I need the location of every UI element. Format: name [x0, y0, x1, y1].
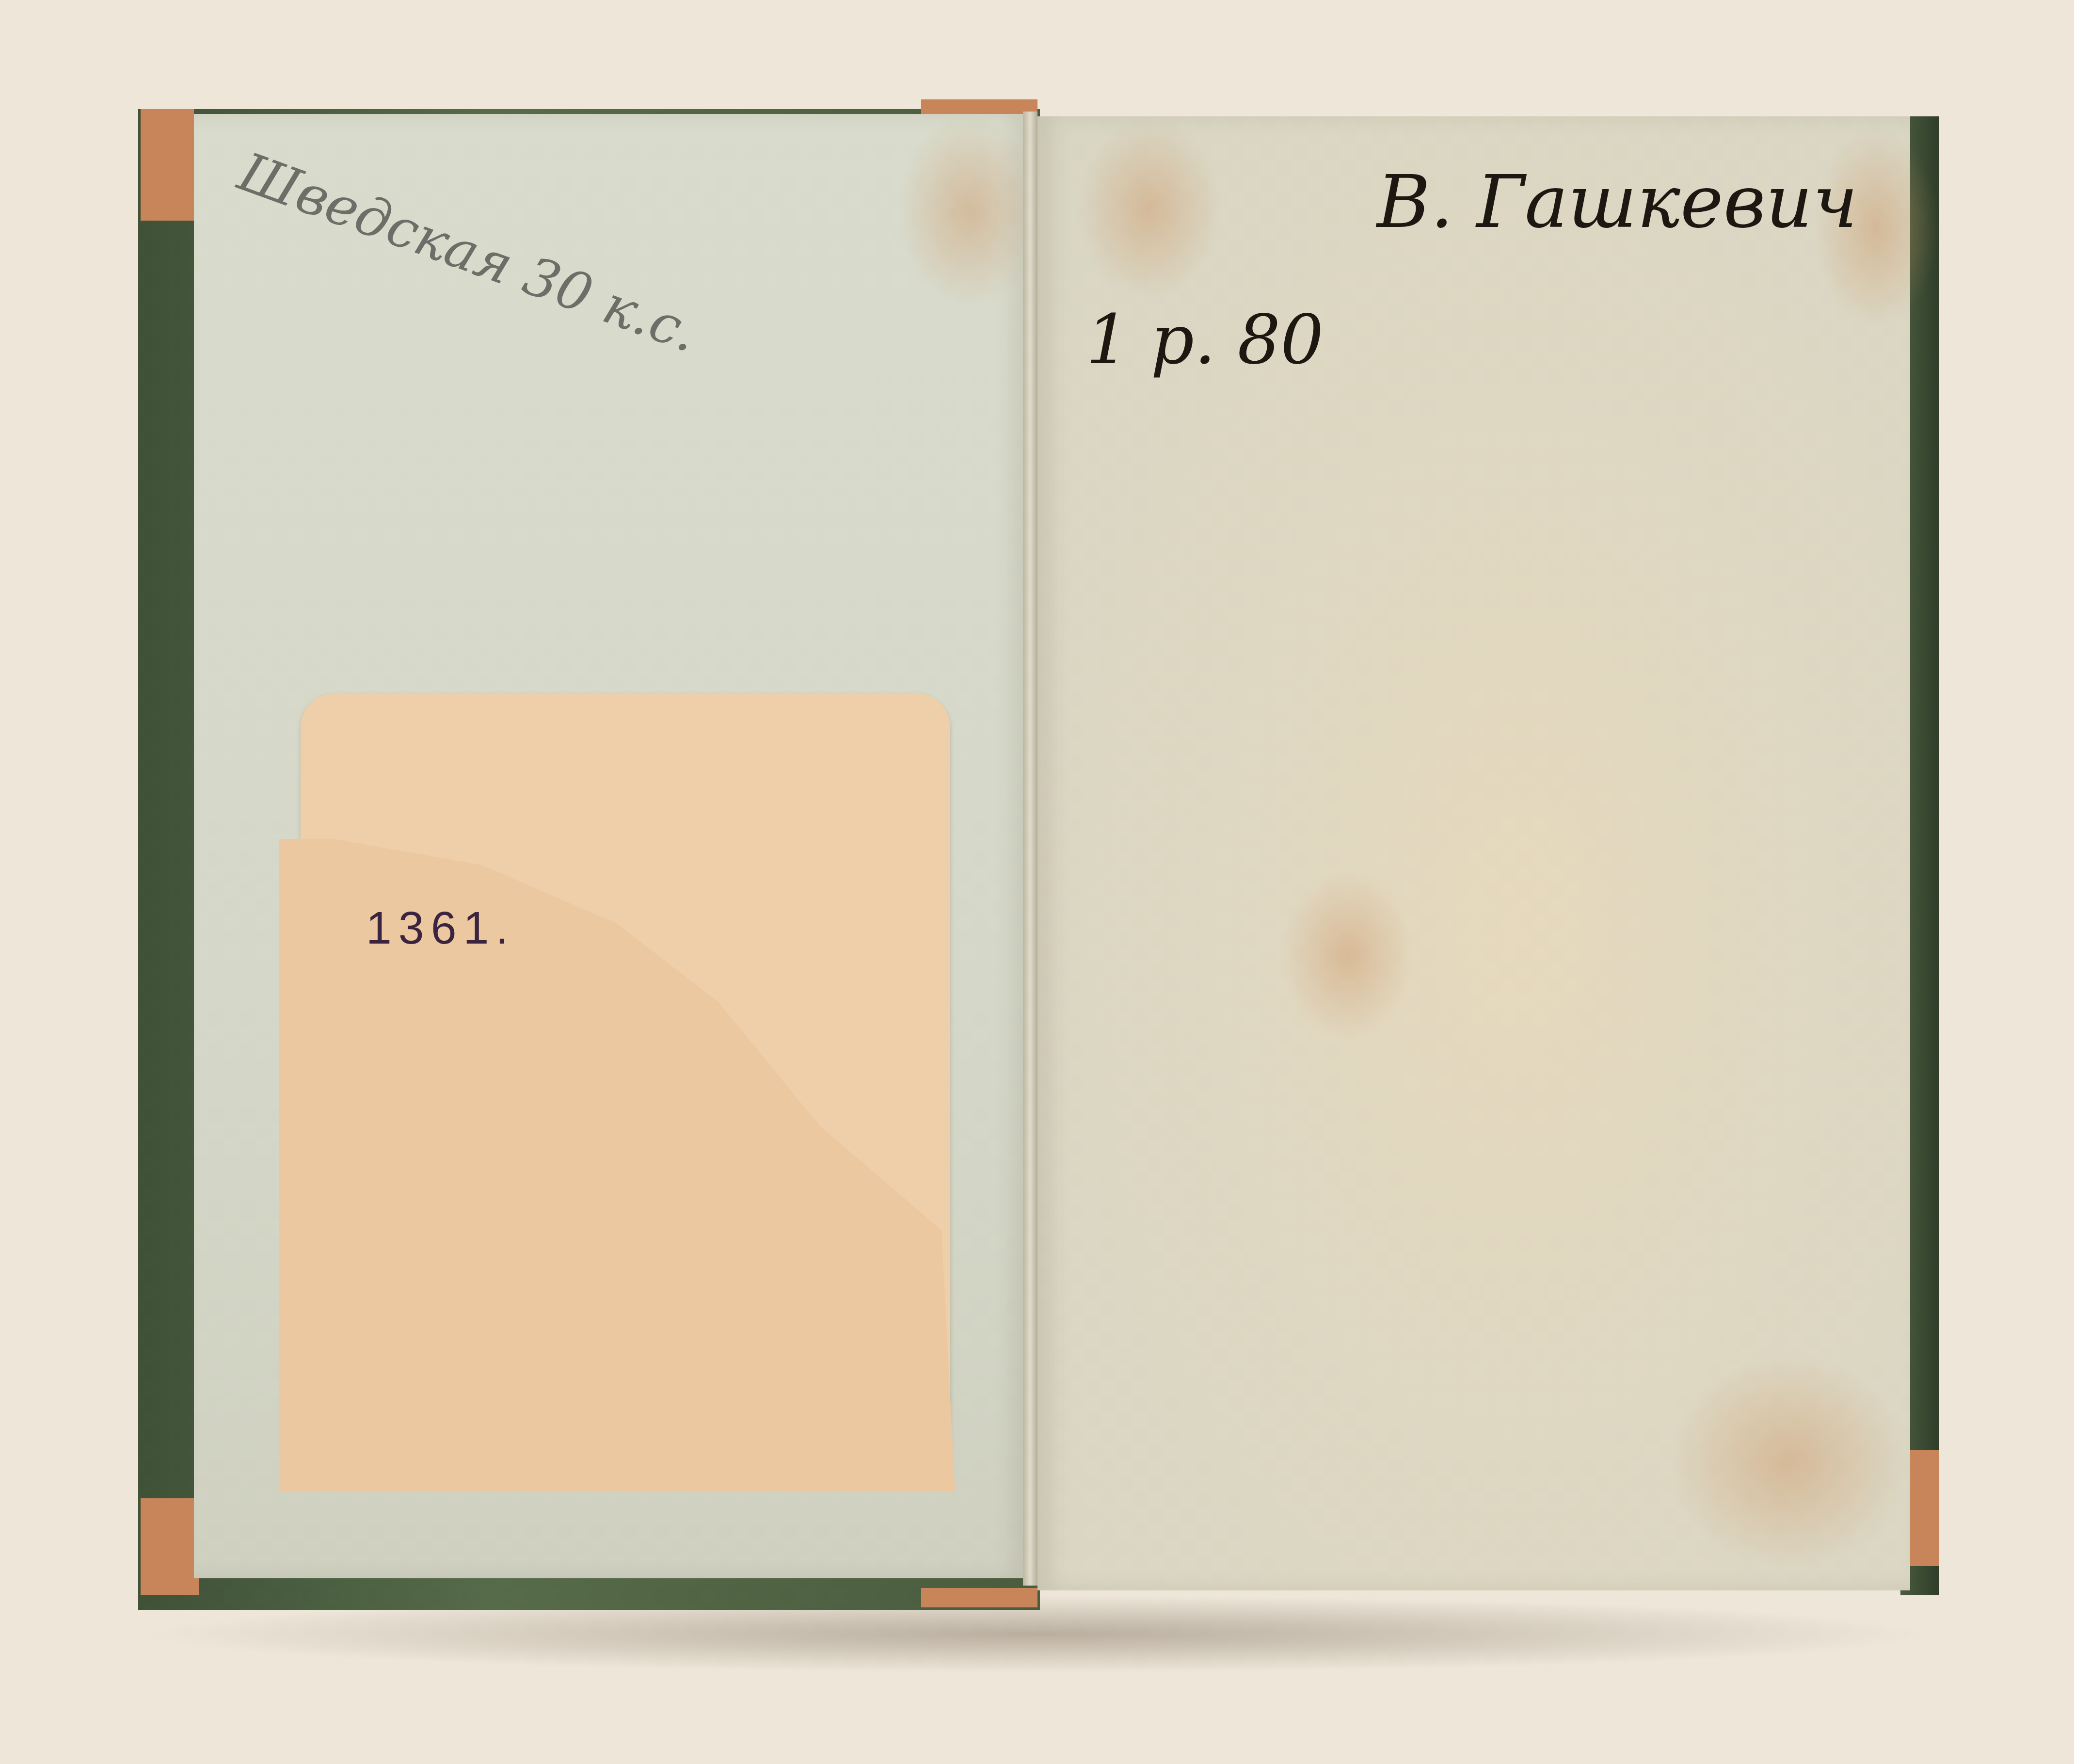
water-stain [1280, 868, 1416, 1042]
book-gutter [1023, 112, 1037, 1586]
foxing-stain [897, 114, 1042, 308]
leather-spine-bottom [921, 1588, 1037, 1607]
owner-signature: В. Гашкевич [1377, 160, 1858, 244]
leather-corner-top-left [141, 109, 194, 221]
price-inscription: 1 р. 80 [1086, 301, 1324, 380]
leather-corner-bottom-left [141, 1498, 199, 1595]
pocket-catalog-number: 1361. [366, 902, 515, 955]
foxing-stain [1668, 1353, 1910, 1571]
foxing-stain [1076, 116, 1222, 301]
